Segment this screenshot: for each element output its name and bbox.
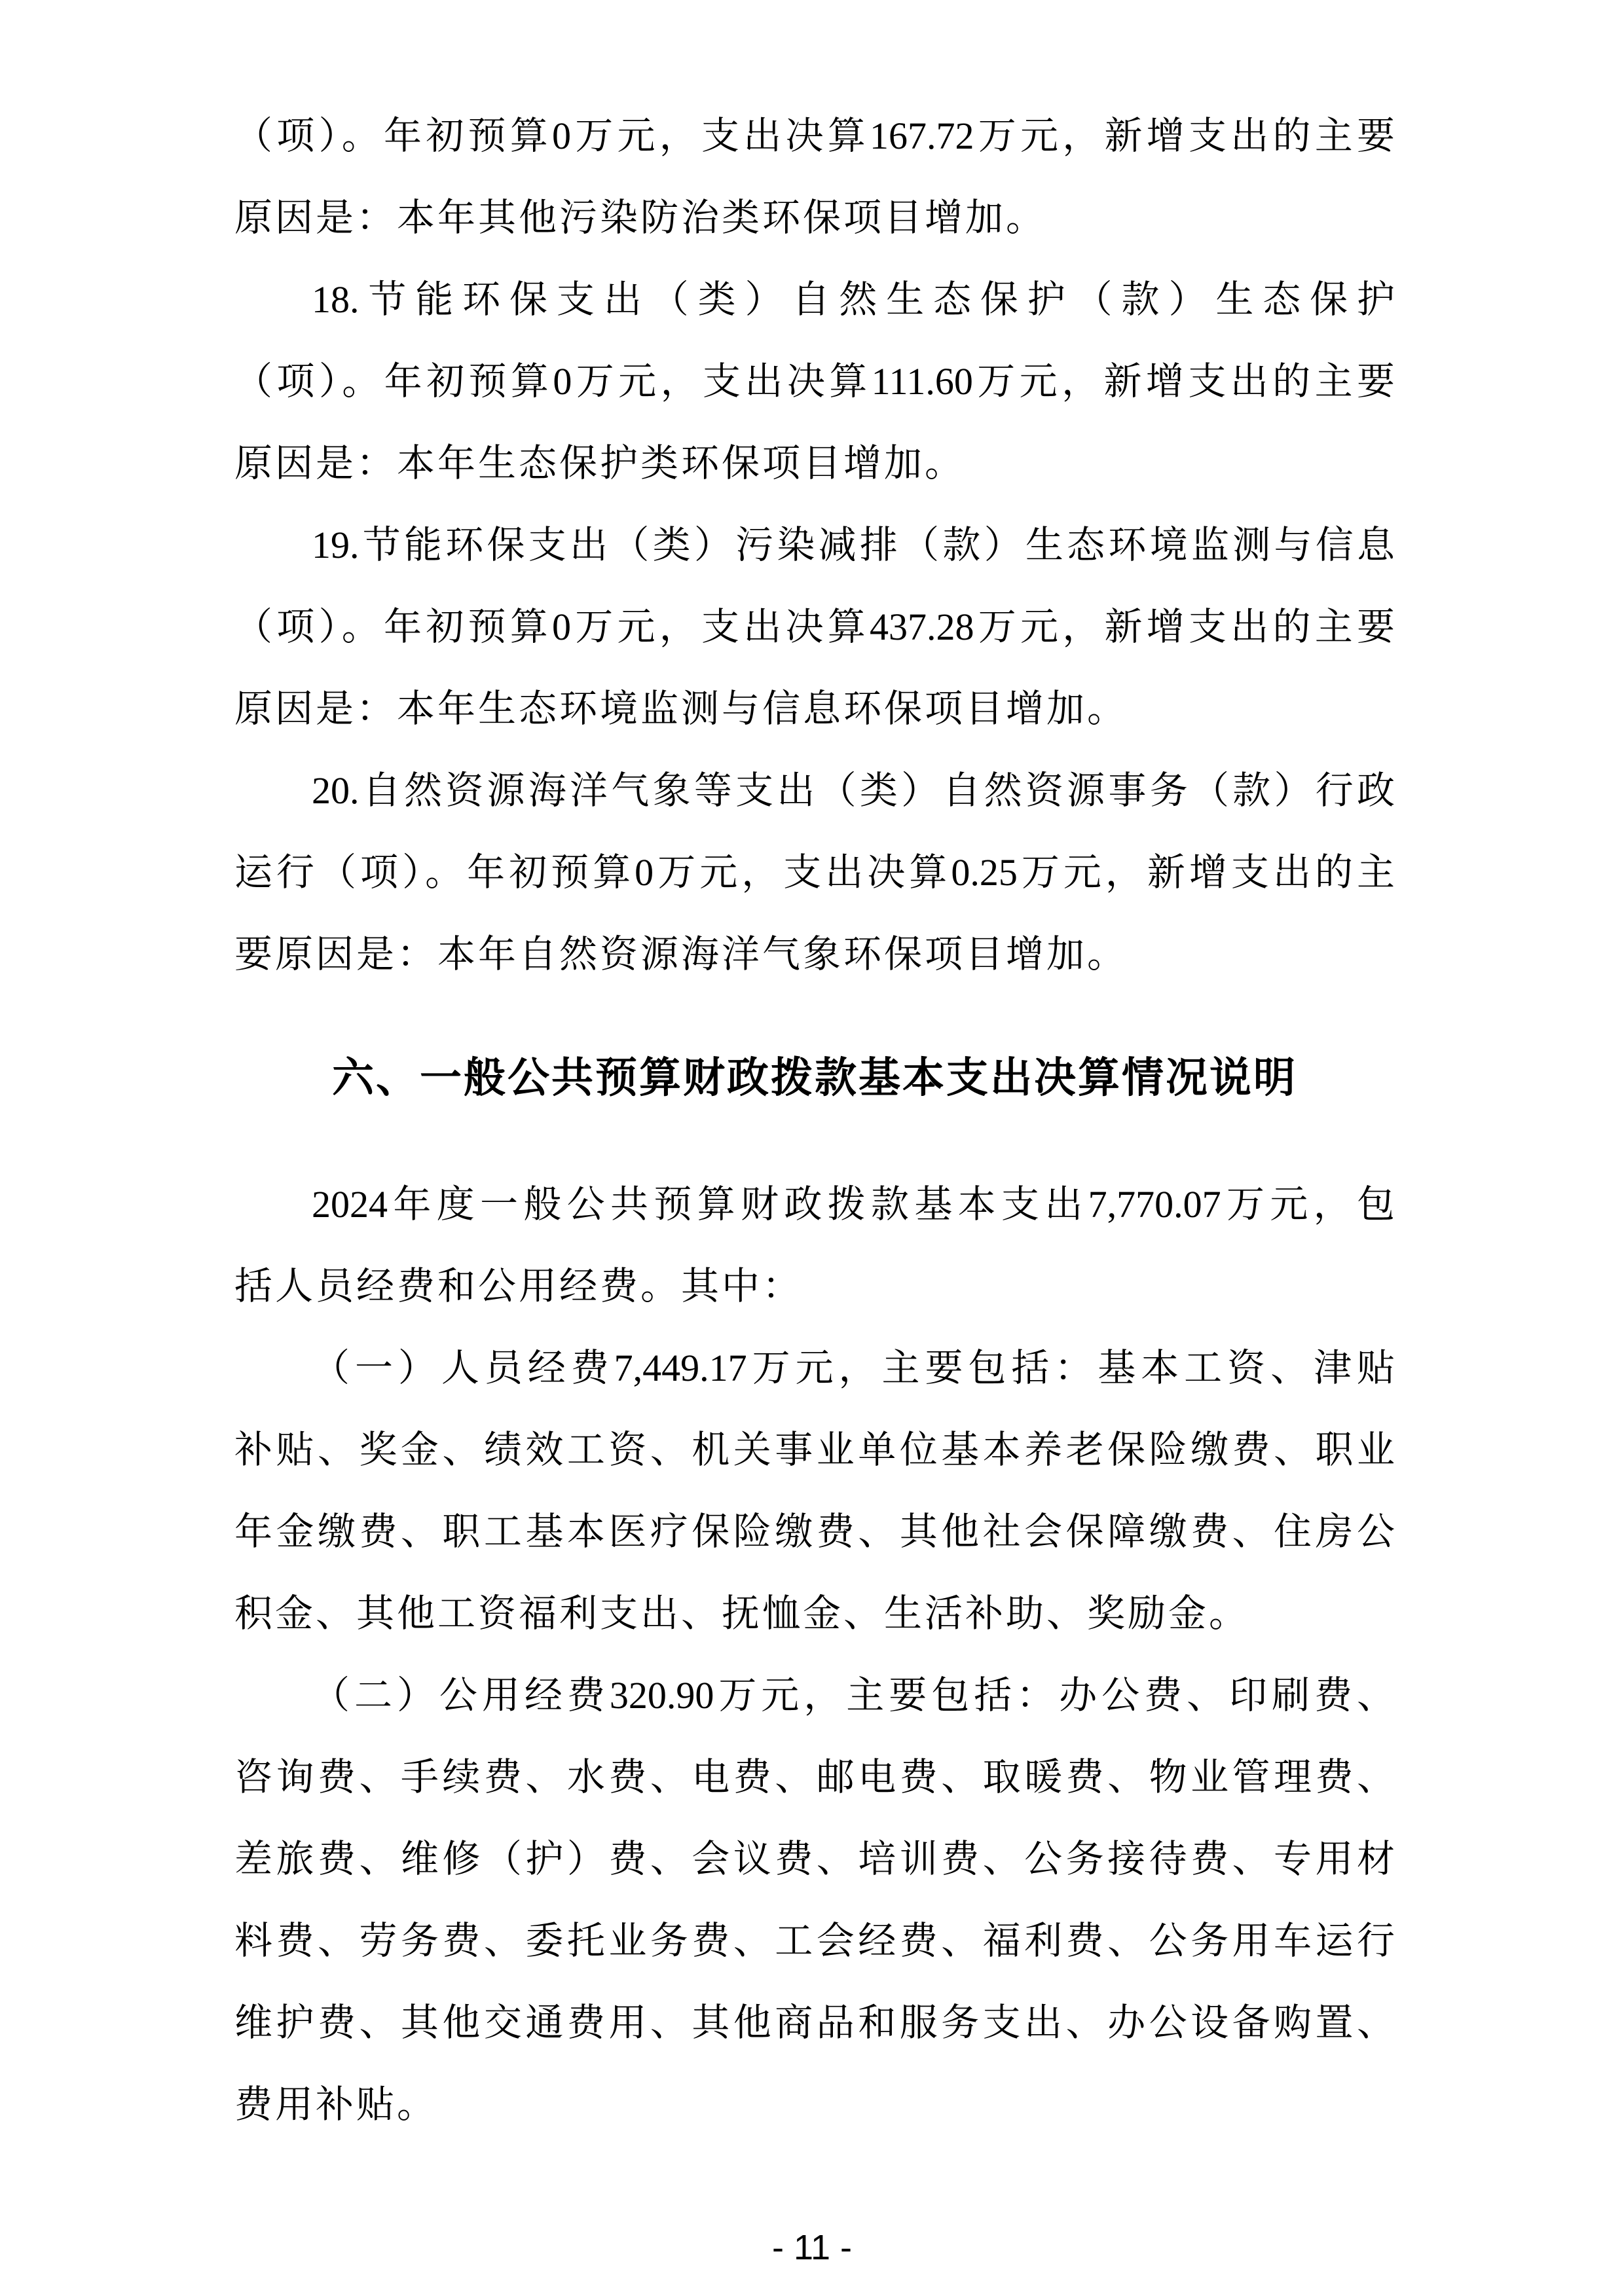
text-line: （二）公用经费320.90万元，主要包括：办公费、印刷费、: [234, 1654, 1395, 1736]
text-line: 料费、劳务费、委托业务费、工会经费、福利费、公务用车运行: [234, 1900, 1395, 1982]
text-line: （项）。年初预算0万元，支出决算111.60万元，新增支出的主要: [234, 340, 1395, 422]
text-line: （项）。年初预算0万元，支出决算167.72万元，新增支出的主要: [234, 95, 1395, 177]
section-heading: 六、一般公共预算财政拨款基本支出决算情况说明: [234, 1037, 1395, 1119]
text-line: 运行（项）。年初预算0万元，支出决算0.25万元，新增支出的主: [234, 831, 1395, 913]
text-line: 20.自然资源海洋气象等支出（类）自然资源事务（款）行政: [234, 750, 1395, 831]
text-line: 补贴、奖金、绩效工资、机关事业单位基本养老保险缴费、职业: [234, 1409, 1395, 1491]
body-text-top: （项）。年初预算0万元，支出决算167.72万元，新增支出的主要原因是：本年其他…: [234, 95, 1395, 995]
text-line: 19.节能环保支出（类）污染减排（款）生态环境监测与信息: [234, 504, 1395, 586]
text-line: 咨询费、手续费、水费、电费、邮电费、取暖费、物业管理费、: [234, 1736, 1395, 1818]
text-line: 要原因是：本年自然资源海洋气象环保项目增加。: [234, 913, 1395, 995]
text-line: 费用补贴。: [234, 2064, 1395, 2145]
text-line: 2024年度一般公共预算财政拨款基本支出7,770.07万元，包: [234, 1163, 1395, 1245]
text-line: 原因是：本年生态环境监测与信息环保项目增加。: [234, 668, 1395, 750]
text-line: 维护费、其他交通费用、其他商品和服务支出、办公设备购置、: [234, 1982, 1395, 2064]
text-line: 原因是：本年其他污染防治类环保项目增加。: [234, 177, 1395, 259]
document-page: （项）。年初预算0万元，支出决算167.72万元，新增支出的主要原因是：本年其他…: [0, 0, 1624, 2296]
text-line: 差旅费、维修（护）费、会议费、培训费、公务接待费、专用材: [234, 1818, 1395, 1900]
body-text-bottom: 2024年度一般公共预算财政拨款基本支出7,770.07万元，包括人员经费和公用…: [234, 1163, 1395, 2145]
text-line: 括人员经费和公用经费。其中：: [234, 1245, 1395, 1327]
text-line: 原因是：本年生态保护类环保项目增加。: [234, 422, 1395, 504]
text-line: （一）人员经费7,449.17万元，主要包括：基本工资、津贴: [234, 1327, 1395, 1409]
text-line: 18.节能环保支出（类）自然生态保护（款）生态保护: [234, 259, 1395, 340]
text-line: 年金缴费、职工基本医疗保险缴费、其他社会保障缴费、住房公: [234, 1491, 1395, 1573]
text-line: 积金、其他工资福利支出、抚恤金、生活补助、奖励金。: [234, 1573, 1395, 1654]
text-line: （项）。年初预算0万元，支出决算437.28万元，新增支出的主要: [234, 586, 1395, 668]
page-number: - 11 -: [0, 2225, 1624, 2270]
